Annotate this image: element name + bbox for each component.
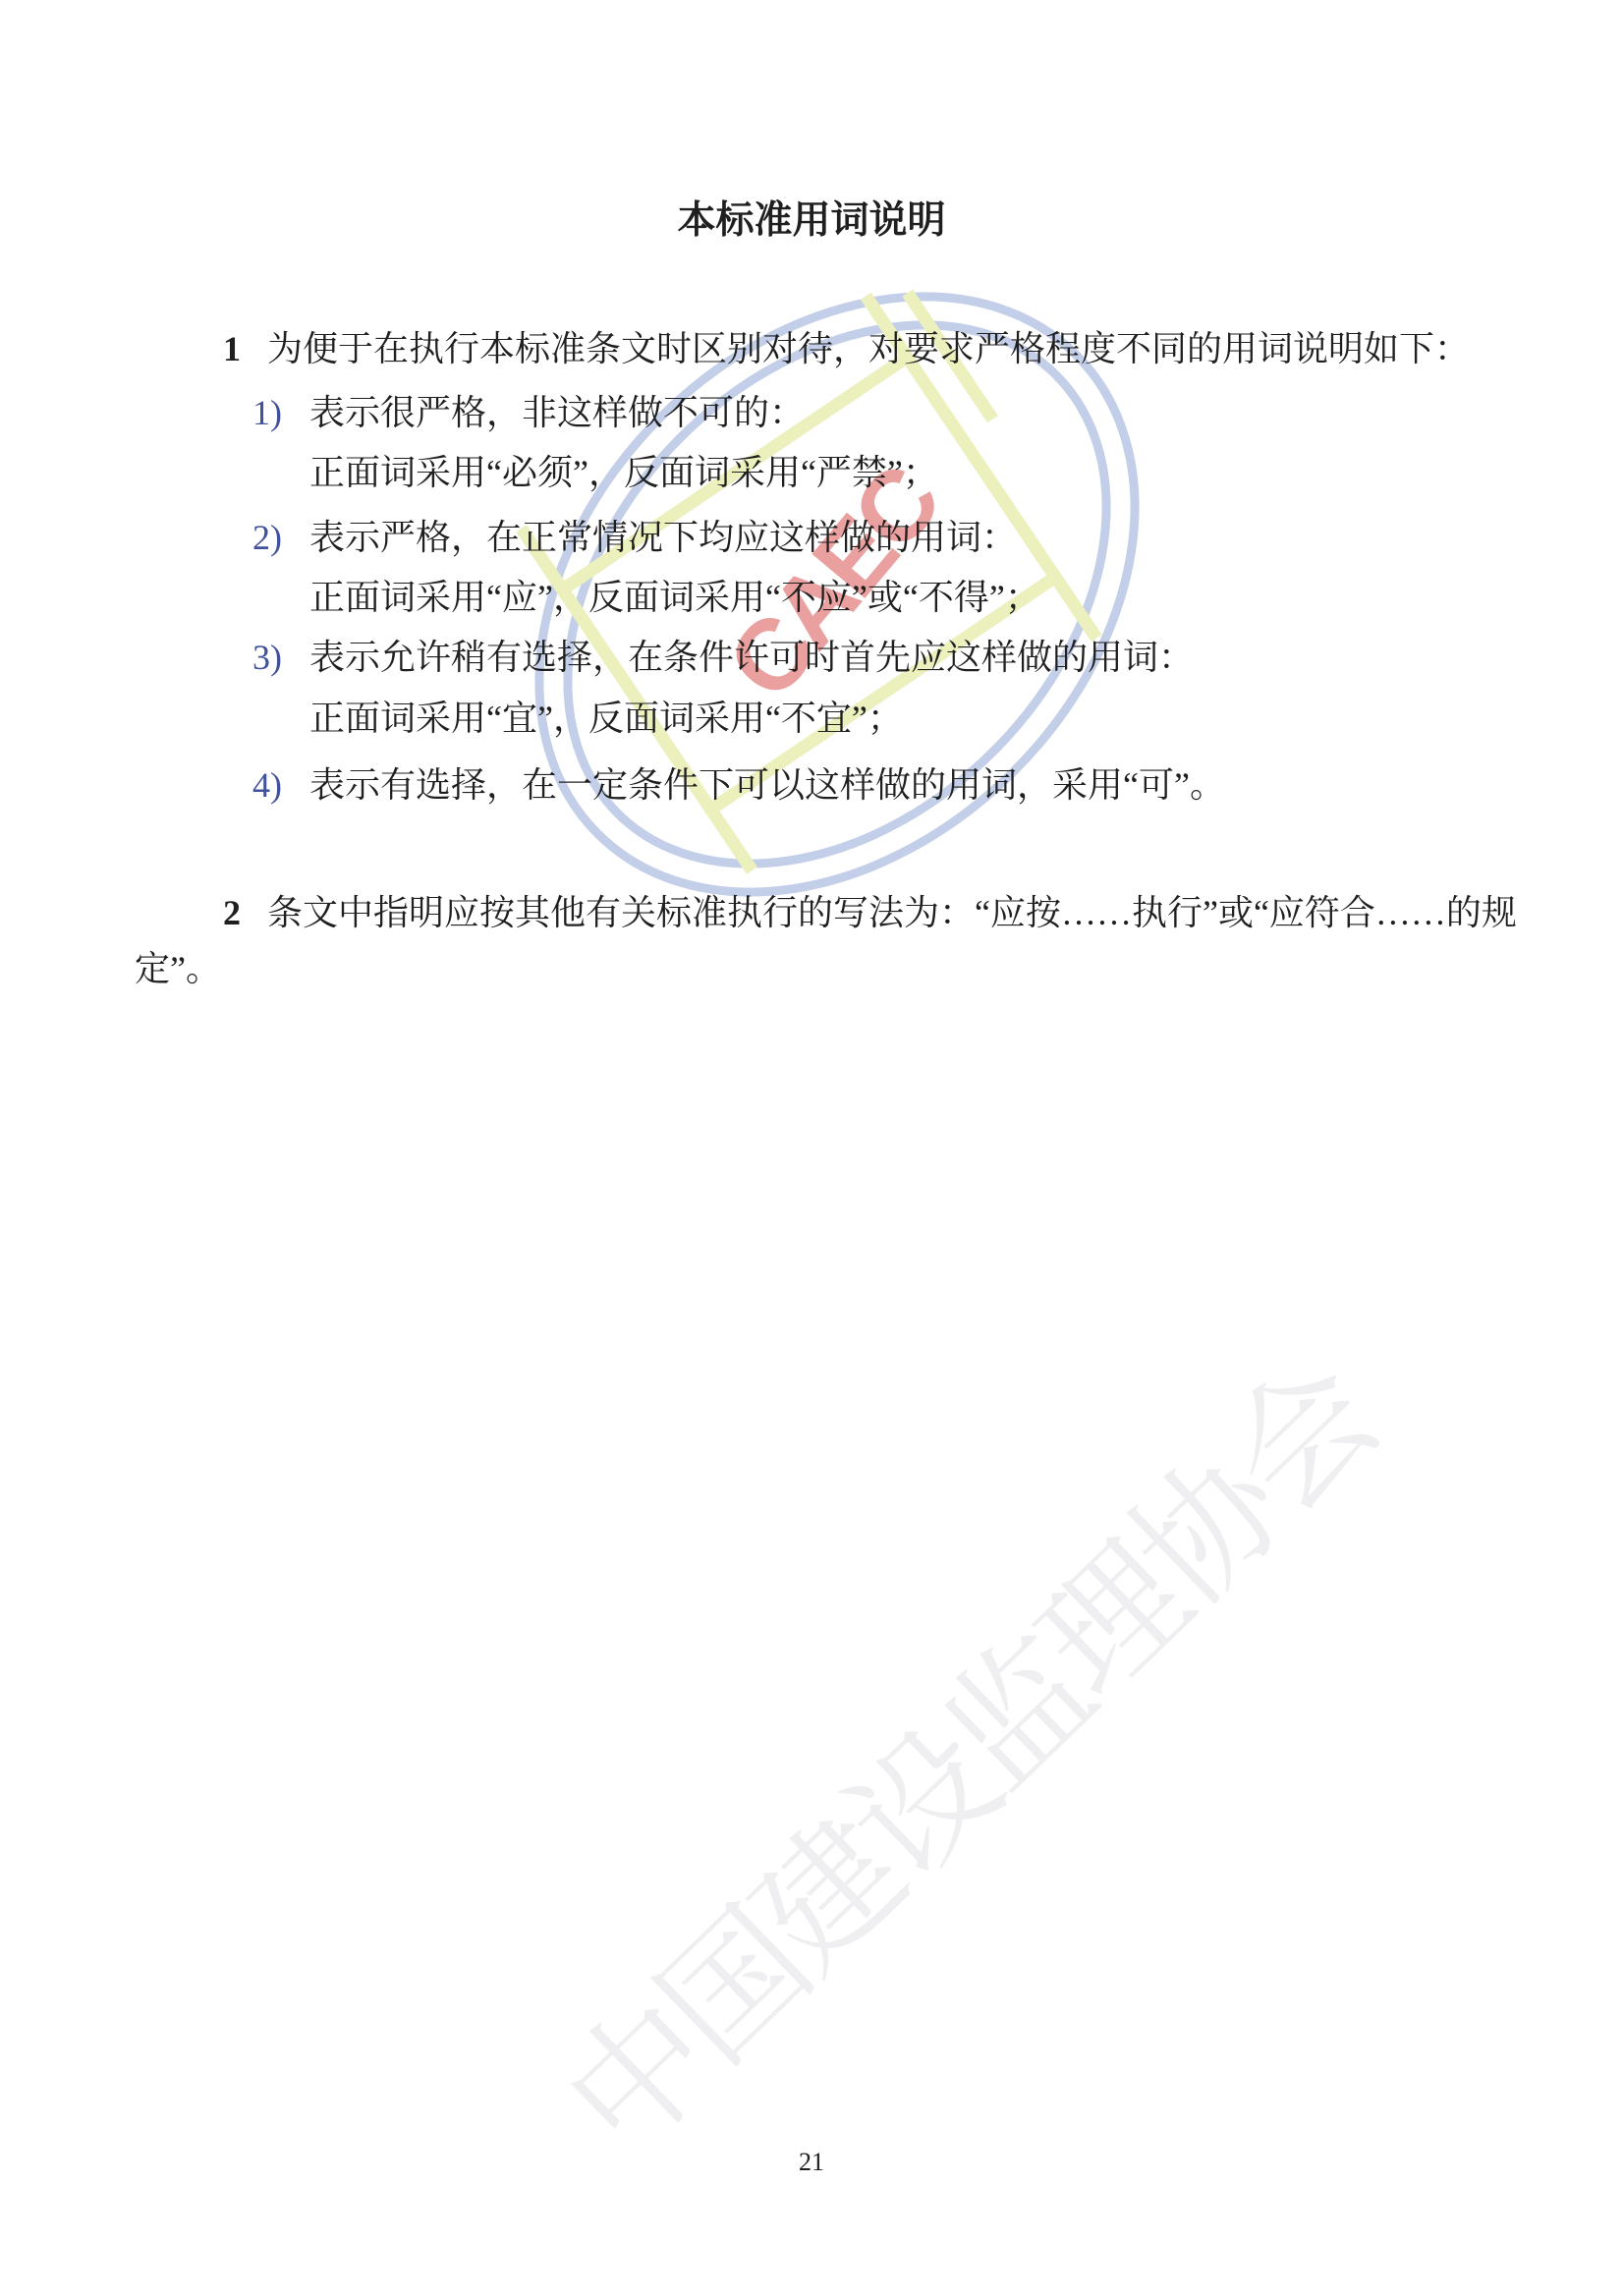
list-item-1-marker: 1) <box>252 392 309 433</box>
list-item-4-line-1: 4)表示有选择，在一定条件下可以这样做的用词，采用“可”。 <box>252 764 1225 806</box>
list-item-2-text: 表示严格，在正常情况下均应这样做的用词： <box>309 518 1017 557</box>
document-page: 中国建设监理协会 CAEC 本标准用词说明 1为便于在执行本标准条文时区别对待，… <box>0 0 1623 2296</box>
clause-2-text: 条文中指明应按其他有关标准执行的写法为：“应按……执行”或“应符合……的规 <box>267 893 1517 932</box>
list-item-4-text: 表示有选择，在一定条件下可以这样做的用词，采用“可”。 <box>309 765 1225 805</box>
list-item-2-line-2: 正面词采用“应”，反面词采用“不应”或“不得”； <box>309 577 1040 618</box>
clause-2-line-1: 2条文中指明应按其他有关标准执行的写法为：“应按……执行”或“应符合……的规 <box>223 892 1517 933</box>
page-title: 本标准用词说明 <box>0 199 1623 243</box>
list-item-3-line-1: 3)表示允许稍有选择，在条件许可时首先应这样做的用词： <box>252 637 1194 678</box>
page-number: 21 <box>0 2148 1623 2177</box>
list-item-3-line-2: 正面词采用“宜”，反面词采用“不宜”； <box>309 698 903 739</box>
list-item-4-marker: 4) <box>252 764 309 806</box>
list-item-3-marker: 3) <box>252 637 309 678</box>
list-item-2-line-1: 2)表示严格，在正常情况下均应这样做的用词： <box>252 517 1017 558</box>
clause-1-number: 1 <box>223 328 267 369</box>
clause-2-number: 2 <box>223 892 267 933</box>
clause-1-line: 1为便于在执行本标准条文时区别对待，对要求严格程度不同的用词说明如下： <box>223 328 1470 369</box>
list-item-2-marker: 2) <box>252 517 309 558</box>
list-item-1-text: 表示很严格，非这样做不可的： <box>309 393 805 432</box>
list-item-1-line-2: 正面词采用“必须”，反面词采用“严禁”； <box>309 452 938 493</box>
clause-2-line-2: 定”。 <box>135 948 221 989</box>
list-item-1-line-1: 1)表示很严格，非这样做不可的： <box>252 392 805 433</box>
list-item-3-text: 表示允许稍有选择，在条件许可时首先应这样做的用词： <box>309 638 1194 677</box>
clause-1-text: 为便于在执行本标准条文时区别对待，对要求严格程度不同的用词说明如下： <box>267 329 1470 368</box>
association-name-watermark: 中国建设监理协会 <box>540 1341 1400 2179</box>
